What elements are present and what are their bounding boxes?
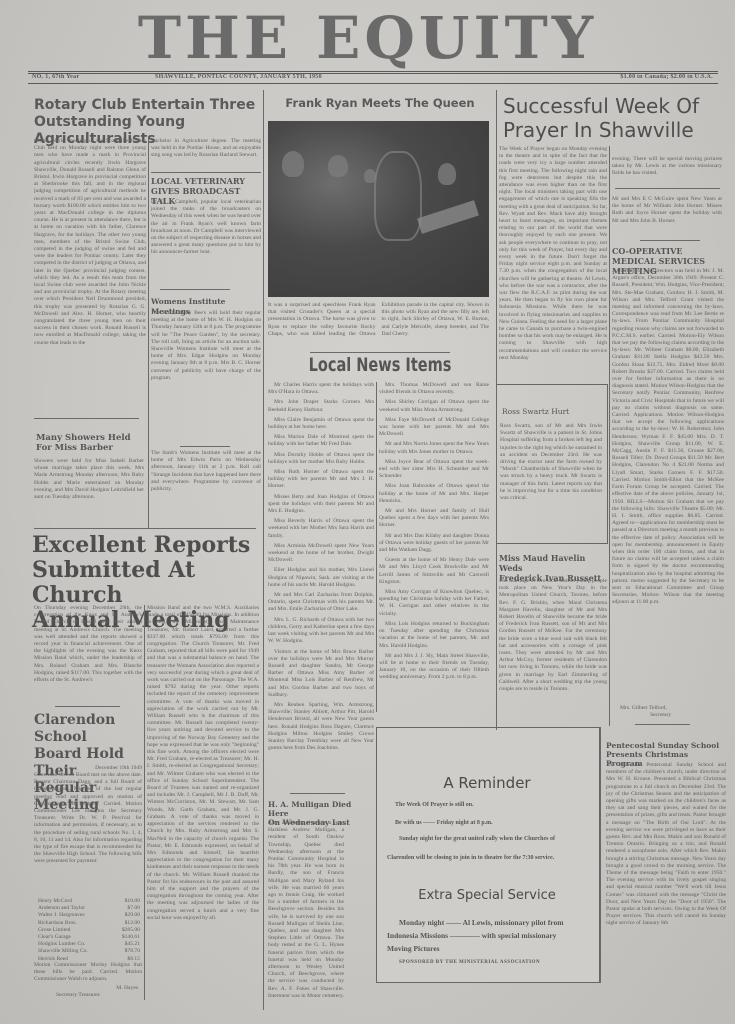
- extra-line-2: Indonesia Missions ———— with special mis…: [387, 931, 595, 940]
- section-rule: [151, 172, 261, 173]
- bill-payee: Henry McCord: [38, 898, 72, 905]
- mulligan-body: After an illness of nearly a year, Harkl…: [268, 820, 344, 1000]
- section-rule: [160, 289, 230, 290]
- dateline: SHAWVILLE, PONTIAC COUNTY, JANUARY 5TH, …: [155, 74, 322, 80]
- sponsor-line: SPONSORED BY THE MINISTERIAL ASSOCIATION: [399, 960, 540, 965]
- medical-signature-title: Secretary: [650, 712, 720, 719]
- excellent-reports-col2: Mission Band and the two W.M.S. Auxiliar…: [147, 605, 259, 997]
- bill-row: Grose Limited$285.00: [38, 927, 140, 934]
- section-rule: [34, 528, 256, 529]
- news-item: Mrs. Thomas McDowell and son Raine visit…: [379, 382, 489, 396]
- bill-amount: $78.70: [125, 948, 140, 955]
- swartz-box: Ross Swartz Hurt Ross Swartz, son of Mr …: [496, 384, 608, 544]
- swartz-body: Ross Swartz, son of Mr and Mrs Irwin Swa…: [500, 423, 602, 539]
- headline-line-1: H. A. Mulligan Died Here: [268, 800, 373, 818]
- bill-row: Walter J. Hargreaves$29.00: [38, 912, 140, 919]
- frank-ryan-headline: Frank Ryan Meets The Queen: [266, 96, 494, 110]
- headline-line-1: Successful Week Of: [503, 94, 733, 118]
- bill-payee: Walter J. Hargreaves: [38, 912, 85, 919]
- bill-row: Richardson Bros.$12.00: [38, 920, 140, 927]
- headline-line-2: Submitted At Church: [32, 558, 264, 608]
- bill-payee: Anderson and Taylor: [38, 905, 85, 912]
- medical-body: A meeting of the Directors was held in M…: [612, 268, 724, 700]
- local-news-headline: Local News Items: [283, 354, 477, 376]
- bill-payee: Grose Limited: [38, 927, 70, 934]
- news-item: Miss Shirley Corrigan of Ottawa spent th…: [379, 399, 489, 413]
- reminder-title: A Reminder: [377, 774, 597, 792]
- news-item: Mr Charles Harris spent the holidays wit…: [268, 382, 374, 396]
- news-item: Mr and Mrs Carl Zacharias from Dolphin, …: [268, 592, 374, 614]
- column-rule: [148, 138, 149, 528]
- bill-amount: $12.00: [125, 920, 140, 927]
- reminder-line-4: Clarendon will be closing to join in to …: [387, 855, 595, 861]
- frank-ryan-photo: [268, 121, 489, 297]
- clarendon-bills-list: Henry McCord$10.00Anderson and Taylor$7.…: [38, 898, 140, 963]
- news-item: Visitors at the home of Mrs Bruce Barber…: [268, 649, 374, 699]
- news-item: Mrs Reuben Sparling, Wm. Armstrong, Shaw…: [268, 702, 374, 752]
- bill-payee: Shawville Milling Co.: [38, 948, 88, 955]
- prayer-week-headline: Successful Week Of Prayer In Shawville: [503, 94, 733, 142]
- section-rule: [640, 240, 700, 241]
- news-item: Mr and Mrs Horner and family of Hull Que…: [379, 508, 489, 530]
- headline-line-1: Excellent Reports: [32, 533, 264, 558]
- news-item: Miss Beverly Harris of Ottawa spent the …: [268, 518, 374, 540]
- clarendon-signature-title: Secretary Treasurer.: [56, 992, 136, 999]
- section-rule: [290, 793, 345, 794]
- headline-line-1: Miss Maud Havelin Weds: [499, 553, 607, 573]
- section-rule: [615, 188, 720, 189]
- column-rule: [376, 382, 377, 712]
- masthead-rule: [28, 71, 718, 72]
- rotary-headline-line-1: Rotary Club Entertain Three: [34, 97, 264, 114]
- bill-payee: Clear's Garage: [38, 934, 71, 941]
- local-news-col1: Mr Charles Harris spent the holidays wit…: [268, 382, 374, 752]
- section-rule: [635, 724, 690, 725]
- news-item: Miss Dorothy Hobbs of Ottawa spent the h…: [268, 452, 374, 466]
- rotary-body-col1: Guests of the meeting of the Shawville R…: [34, 138, 146, 428]
- news-item: Mr and Mrs Dan Kilaby and daughter Donna…: [379, 533, 489, 555]
- veterinary-body: Dr. D. J. Campbell, popular local veteri…: [151, 199, 261, 283]
- news-item: Mr and Mrs Norris Jones spent the New Ye…: [379, 441, 489, 455]
- news-item: Miss Arminia McDowell spent New Years we…: [268, 543, 374, 565]
- issue-number: NO. 1, 67th Year: [32, 74, 79, 80]
- reminder-line-2: Be with us —— Friday night at 8 p.m.: [395, 820, 493, 826]
- prayer-week-col1: The Week of Prayer began on Monday eveni…: [499, 146, 607, 378]
- news-item: Miss Lois Hodgins returned to Buckingham…: [379, 621, 489, 650]
- prayer-week-col2: evening. There will be special moving pi…: [612, 156, 722, 178]
- section-rule: [34, 418, 139, 419]
- newspaper-page: THE EQUITY NO. 1, 67th Year SHAWVILLE, P…: [0, 0, 735, 1024]
- extra-line-1: Monday night —— Al Lewis, missionary pil…: [399, 918, 595, 927]
- pentecostal-body: The Shawville Pentecostal Sunday School …: [606, 762, 726, 978]
- reminder-line-3: Sunday night for the great united rally …: [399, 836, 597, 842]
- local-news-col2: Mrs. Thomas McDowell and son Raine visit…: [379, 382, 489, 712]
- news-item: Miss Ruth Horner of Ottawa spent the hol…: [268, 469, 374, 491]
- bill-amount: $29.00: [125, 912, 140, 919]
- extra-line-3: Moving Pictures: [387, 944, 440, 953]
- mcguire-note: Mr and Mrs E C McGuire spent New Years a…: [612, 196, 722, 240]
- womens-institute-body: The Bristol Busy Bee's will hold their r…: [151, 310, 261, 440]
- news-item: Mrs John Draper Starks Corners Mrs Beehe…: [268, 399, 374, 413]
- news-item: Miss Marion Dale of Montreal spent the h…: [268, 434, 374, 448]
- headline-line-1: Clarendon School: [34, 712, 144, 746]
- reminder-line-1: The Week Of Prayer is still on.: [395, 802, 474, 808]
- showers-headline-line-2: For Miss Barber: [36, 443, 146, 453]
- masthead-title: THE EQUITY: [0, 8, 735, 68]
- news-item: Misses Betty and Joan Hodgins of Ottawa …: [268, 494, 374, 516]
- news-item: Guests at the home of Mr Henry Dale were…: [379, 557, 489, 586]
- bill-row: Henry McCord$10.00: [38, 898, 140, 905]
- masthead-rule-2: [28, 73, 718, 74]
- rotary-body-col2: Bachelor in Agriculture degree. The meet…: [151, 138, 261, 160]
- bill-amount: $285.00: [122, 927, 140, 934]
- showers-headline: Many Showers Held For Miss Barber: [36, 433, 146, 453]
- headline-line-1: Pentecostal Sunday School: [606, 741, 726, 750]
- section-rule: [180, 446, 230, 447]
- bill-row: Shawville Milling Co.$78.70: [38, 948, 140, 955]
- column-rule: [263, 90, 264, 1010]
- showers-body: Showers were held for Miss Isabell Barbe…: [34, 458, 144, 522]
- excellent-reports-col1: On Thursday evening December 29th, the c…: [34, 605, 142, 701]
- starks-institute-body: The Stark's Womens Institute will meet a…: [151, 450, 261, 514]
- section-rule: [310, 352, 450, 353]
- showers-headline-line-1: Many Showers Held: [36, 433, 146, 443]
- news-item: Mrs. L. G. Richards of Ottawa with her t…: [268, 617, 374, 646]
- news-item: Miss Joan Babcooke of Ottawa spend the h…: [379, 483, 489, 505]
- havelin-body: The marriage of two local district young…: [499, 578, 607, 712]
- swartz-headline: Ross Swartz Hurt: [502, 407, 569, 417]
- extra-service-title: Extra Special Service: [377, 888, 597, 903]
- subscription-price: $1.00 in Canada; $2.00 in U.S.A.: [620, 74, 713, 80]
- column-rule: [609, 146, 610, 726]
- news-item: Miss Joyce Bear of Ottawa spent the week…: [379, 459, 489, 481]
- bill-payee: Hodgins Lumber Co.: [38, 941, 85, 948]
- column-rule: [144, 605, 145, 1000]
- frank-ryan-caption: It was a surprised and speechless Frank …: [268, 302, 489, 352]
- news-item: Miss Claire Benjamin of Ottawa spent the…: [268, 417, 374, 431]
- news-item: Elier Hodgins and his mother, Mrs Lionel…: [268, 567, 374, 589]
- dateline-rule: [28, 83, 718, 84]
- reminder-advertisement: A Reminder The Week Of Prayer is still o…: [376, 727, 600, 983]
- headline-line-2: Prayer In Shawville: [503, 118, 733, 142]
- clarendon-closing: Motion Commissioner Morley Hodgins that …: [34, 962, 142, 984]
- clarendon-body: Clarendon School Board met on the above …: [34, 772, 142, 898]
- news-item: Miss Faye McDowell of McDonald College w…: [379, 417, 489, 439]
- column-rule: [600, 727, 601, 983]
- bill-payee: Richardson Bros.: [38, 920, 77, 927]
- news-item: Miss Amy Corrigan of Knowlton Quebec, is…: [379, 589, 489, 618]
- news-item: Mr and Mrs J. J. Sly, Main Street Shawvi…: [379, 653, 489, 682]
- section-rule: [55, 706, 120, 707]
